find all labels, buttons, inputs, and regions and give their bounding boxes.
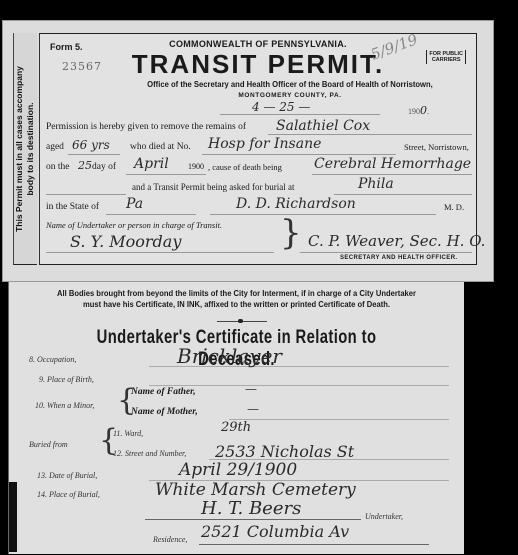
burial-date-value: April 29/1900 xyxy=(179,460,297,480)
died-at-underline xyxy=(202,154,396,155)
birthplace-label: 9. Place of Birth, xyxy=(39,375,94,384)
mother-label: Name of Mother, xyxy=(131,407,198,417)
on-the-label: on the xyxy=(46,162,69,172)
birthplace-rule xyxy=(149,385,449,386)
undertaker-signature-rule xyxy=(145,519,361,520)
died-at-value: Hosp for Insane xyxy=(208,136,321,152)
death-year: 1900 xyxy=(188,162,204,171)
occupation-label: 8. Occupation, xyxy=(29,355,76,364)
permit-year: 1900. xyxy=(408,104,429,117)
buried-from-label: Buried from xyxy=(29,440,68,449)
secretary-label: SECRETARY AND HEALTH OFFICER. xyxy=(340,255,458,261)
transit-permit-slip: This Permit must in all cases accompany … xyxy=(2,20,494,282)
name-underline xyxy=(268,134,472,135)
age-value: 66 yrs xyxy=(72,138,110,152)
ward-value: 29th xyxy=(221,420,251,435)
deceased-name: Salathiel Cox xyxy=(276,118,370,134)
ornament-dot xyxy=(238,319,243,323)
side-note-line2: body to its destination. xyxy=(25,33,36,265)
died-at-label: who died at No. xyxy=(130,142,191,152)
death-day: 25 xyxy=(78,159,92,172)
cause-underline xyxy=(312,174,472,175)
page-edge-shadow xyxy=(9,482,17,552)
residence-value: 2521 Columbia Av xyxy=(201,522,349,541)
undertaker-underline xyxy=(46,252,274,253)
residence-rule xyxy=(199,544,429,545)
cause-label: , cause of death being xyxy=(208,162,282,172)
notice-line2: must have his Certificate, IN INK, affix… xyxy=(20,299,452,310)
permission-text: Permission is hereby given to remove the… xyxy=(46,122,246,132)
burial-city: Phila xyxy=(358,176,394,192)
age-underline xyxy=(68,154,120,155)
undertaker-certificate: All Bodies brought from beyond the limit… xyxy=(8,282,464,554)
minor-rule xyxy=(229,419,449,420)
side-note-strip: This Permit must in all cases accompany … xyxy=(13,33,37,265)
undertaker-label: Undertaker, xyxy=(365,512,403,521)
date-underline xyxy=(220,114,380,115)
brace: } xyxy=(280,216,302,250)
burial-place-label: 14. Place of Burial, xyxy=(37,490,100,499)
burial-city-underline xyxy=(334,194,472,195)
state-label: in the State of xyxy=(46,202,99,212)
permit-title: TRANSIT PERMIT. xyxy=(40,49,476,80)
undertaker-transit-signature: S. Y. Moorday xyxy=(70,232,181,251)
blank-underline xyxy=(46,194,126,195)
md-label: M. D. xyxy=(444,202,464,212)
side-note: This Permit must in all cases accompany … xyxy=(14,33,38,265)
secretary-signature: C. P. Weaver, Sec. H. O. xyxy=(308,232,485,250)
side-note-line1: This Permit must in all cases accompany xyxy=(14,33,25,265)
state-underline xyxy=(106,214,196,215)
aged-label: aged xyxy=(46,142,64,152)
month-underline xyxy=(126,174,206,175)
permit-body: Form 5. 23567 COMMONWEALTH OF PENNSYLVAN… xyxy=(39,33,477,265)
county-line: MONTGOMERY COUNTY, PA. xyxy=(104,92,476,99)
interment-notice: All Bodies brought from beyond the limit… xyxy=(20,288,452,310)
mother-value: — xyxy=(247,402,259,416)
minor-label: 10. When a Minor, xyxy=(35,401,94,410)
state-value: Pa xyxy=(126,196,143,212)
cause-of-death: Cerebral Hemorrhage xyxy=(314,156,471,172)
ward-label: 11. Ward, xyxy=(113,429,143,438)
undertaker-transit-label: Name of Undertaker or person in charge o… xyxy=(46,220,222,230)
burial-place-value: White Marsh Cemetery xyxy=(155,480,356,500)
father-label: Name of Father, xyxy=(131,387,196,397)
residence-label: Residence, xyxy=(153,535,187,544)
occupation-value: Bricklayer xyxy=(177,344,282,368)
transit-asked-label: and a Transit Permit being asked for bur… xyxy=(132,182,294,192)
death-month: April xyxy=(134,156,169,172)
permit-date: 4 — 25 — xyxy=(252,100,310,114)
physician-signature: D. D. Richardson xyxy=(236,196,356,212)
office-line: Office of the Secretary and Health Offic… xyxy=(123,79,458,89)
father-value: — xyxy=(245,382,257,396)
burial-date-label: 13. Date of Burial, xyxy=(37,471,97,480)
notice-line1: All Bodies brought from beyond the limit… xyxy=(20,288,452,299)
secretary-underline xyxy=(300,252,472,253)
undertaker-signature: H. T. Beers xyxy=(201,498,301,519)
day-of-label: day of xyxy=(92,162,116,172)
physician-underline xyxy=(210,214,436,215)
street-number-label: 12. Street and Number, xyxy=(113,449,186,458)
street-norristown-label: Street, Norristown, xyxy=(404,142,469,152)
carriers-tag: FOR PUBLICCARRIERS xyxy=(426,50,466,64)
